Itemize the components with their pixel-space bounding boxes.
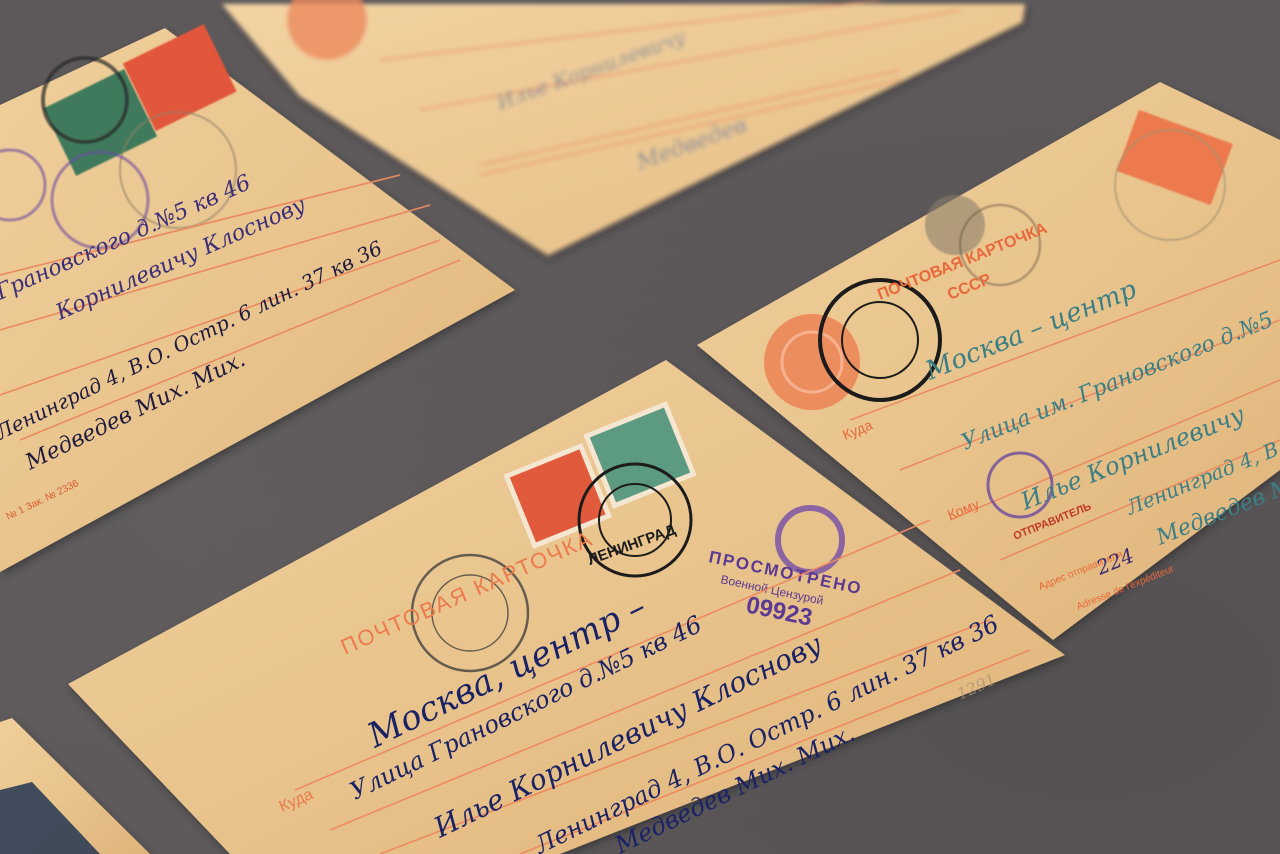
card-graphic xyxy=(925,195,985,255)
photo-scene: Илье Корнилевичу Медведев Грановского д.… xyxy=(0,0,1280,854)
postcards-illustration: Илье Корнилевичу Медведев Грановского д.… xyxy=(0,0,1280,854)
card-graphic xyxy=(764,314,860,410)
